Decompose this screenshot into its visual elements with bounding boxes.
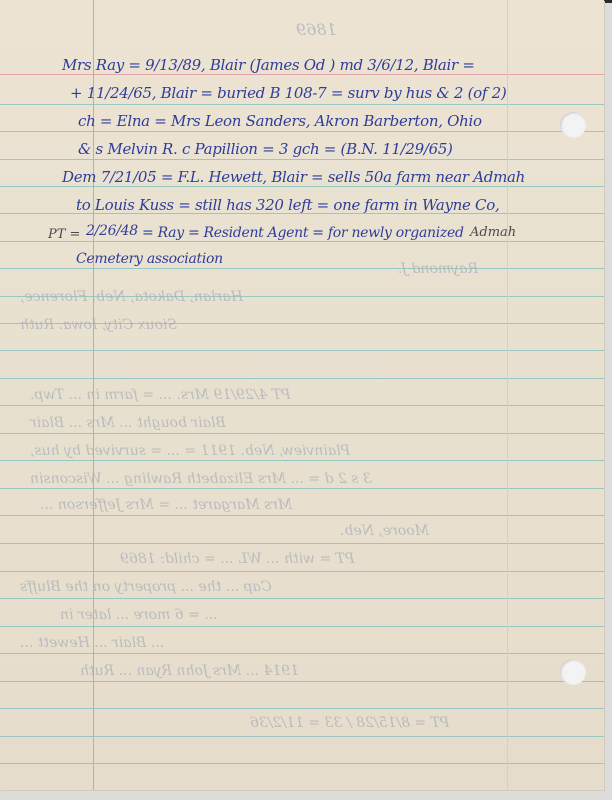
rule-line (0, 241, 604, 242)
rule-line (0, 598, 604, 599)
bleed-line: 1914 ... Mrs John Ryan ... Ruth (80, 664, 299, 678)
bleed-line: Moore, Neb. (340, 524, 429, 538)
rule-line (0, 571, 604, 572)
rule-line (0, 681, 604, 682)
bleed-line: Sioux City, Iowa. Ruth (20, 318, 177, 332)
bleed-line: Raymond J. (398, 262, 478, 276)
rule-line (0, 104, 604, 105)
bleed-line: ... = 6 more ... later in (60, 608, 218, 622)
bleed-line: PT = 8/15/28 / 33 = 11/2/36 (250, 716, 449, 730)
rule-line (0, 515, 604, 516)
ink-line-2: + 11/24/65, Blair = buried B 108-7 = sur… (70, 86, 506, 101)
pencil-right-note: Admah (470, 226, 516, 239)
rule-line (0, 350, 604, 351)
bleed-line: Harlan, Dakota, Neb. Florence, (20, 290, 243, 304)
pencil-prefix: PT = (48, 228, 80, 241)
pencil-date: 2/26/48 (86, 224, 138, 238)
bleed-line: PT 4/29/19 Mrs. ... = farm in ... Twp. (30, 388, 291, 402)
bleed-line: Blair bought ... Mrs ... Blair (30, 416, 226, 430)
rule-line (0, 268, 604, 269)
notebook-page: 1869 Raymond J. Harlan, Dakota, Neb. Flo… (0, 0, 604, 790)
bleed-line: Cap ... the ... property on the Bluffs (20, 580, 272, 594)
rule-line (0, 736, 604, 737)
rule-line (0, 708, 604, 709)
ink-line-4: & s Melvin R. c Papillion = 3 gch = (B.N… (78, 142, 453, 157)
rule-line (0, 186, 604, 187)
punch-hole (560, 112, 586, 138)
ink-line-1: Mrs Ray = 9/13/89, Blair (James Od ) md … (62, 58, 475, 73)
rule-line (0, 626, 604, 627)
rule-line (0, 488, 604, 489)
ink-line-5: Dem 7/21/05 = F.L. Hewett, Blair = sells… (62, 170, 525, 185)
bleed-line: PT = with ... WL ... = child: 1869 (120, 552, 354, 566)
pencil-text: = Ray = Resident Agent = for newly organ… (142, 226, 464, 240)
rule-line (0, 460, 604, 461)
bleed-line: ... Blair ... Hewett ... (20, 636, 164, 650)
bleed-line: Plainview, Neb. 1911 = ... = survived by… (30, 444, 350, 458)
rule-line (0, 543, 604, 544)
rule-line (0, 405, 604, 406)
bleed-line: Mrs Margaret ... = Mrs Jefferson ... (40, 498, 292, 512)
right-fold-line (507, 0, 508, 790)
rule-line (0, 433, 604, 434)
top-red-rule (0, 74, 604, 75)
rule-line (0, 653, 604, 654)
ink-line-6: to Louis Kuss = still has 320 left = one… (76, 198, 499, 213)
bleed-header: 1869 (296, 22, 337, 38)
ink-line-3: ch = Elna = Mrs Leon Sanders, Akron Barb… (78, 114, 482, 129)
punch-hole (560, 659, 586, 685)
ink-line-7: Cemetery association (76, 252, 223, 266)
rule-line (0, 763, 604, 764)
rule-line (0, 131, 604, 132)
bleed-line: 3 s 2 d = ... Mrs Elizabeth Rawling ... … (30, 472, 372, 486)
rule-line (0, 159, 604, 160)
rule-line (0, 378, 604, 379)
